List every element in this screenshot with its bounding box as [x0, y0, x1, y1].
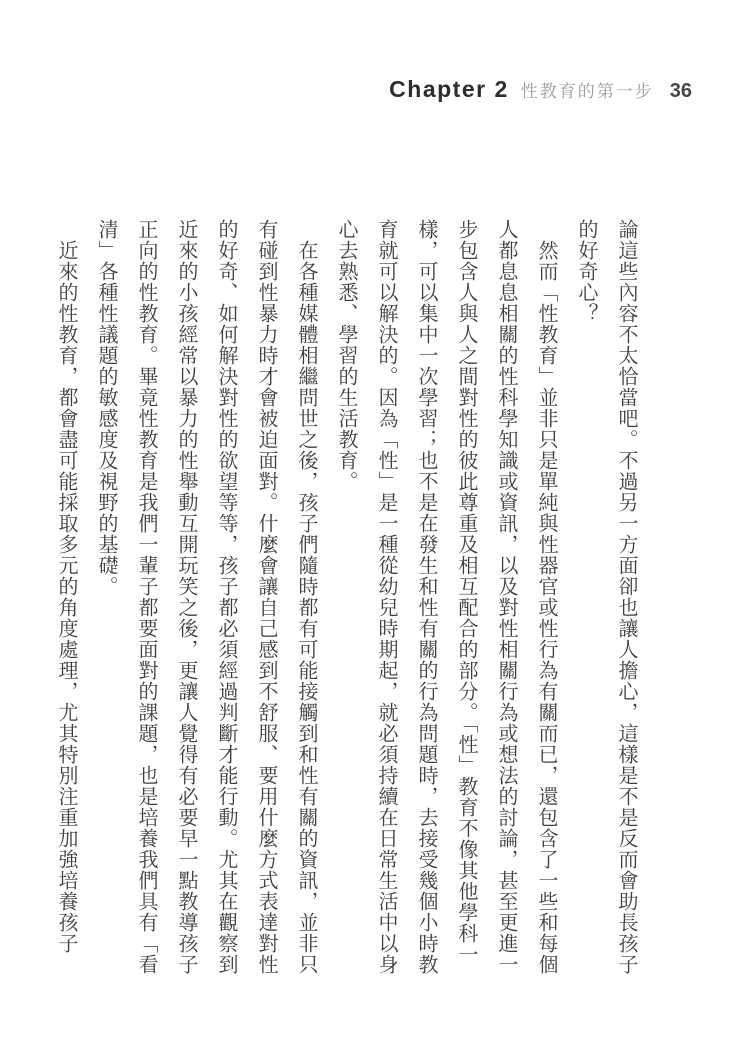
- chapter-title: 性教育的第一步: [521, 77, 654, 102]
- page-header: Chapter 2 性教育的第一步 36: [389, 76, 692, 103]
- page-number: 36: [670, 80, 692, 103]
- paragraph: 然而「性教育」並非只是單純與性器官或性行為有關而已，還包含了一些和每個人都息息相…: [326, 219, 566, 976]
- vertical-text-body: 論這些內容不太恰當吧。不過另一方面卻也讓人擔心，這樣是不是反而會助長孩子的好奇心…: [46, 219, 646, 976]
- chapter-label: Chapter 2: [389, 76, 509, 103]
- paragraph-continuation: 論這些內容不太恰當吧。不過另一方面卻也讓人擔心，這樣是不是反而會助長孩子的好奇心…: [566, 219, 646, 976]
- paragraph: 在各種媒體相繼問世之後，孩子們隨時都有可能接觸到和性有關的資訊，並非只有碰到性暴…: [86, 219, 326, 976]
- paragraph: 近來的性教育，都會盡可能採取多元的角度處理，尤其特別注重加強培養孩子: [46, 219, 86, 976]
- book-page: Chapter 2 性教育的第一步 36 論這些內容不太恰當吧。不過另一方面卻也…: [0, 0, 750, 1064]
